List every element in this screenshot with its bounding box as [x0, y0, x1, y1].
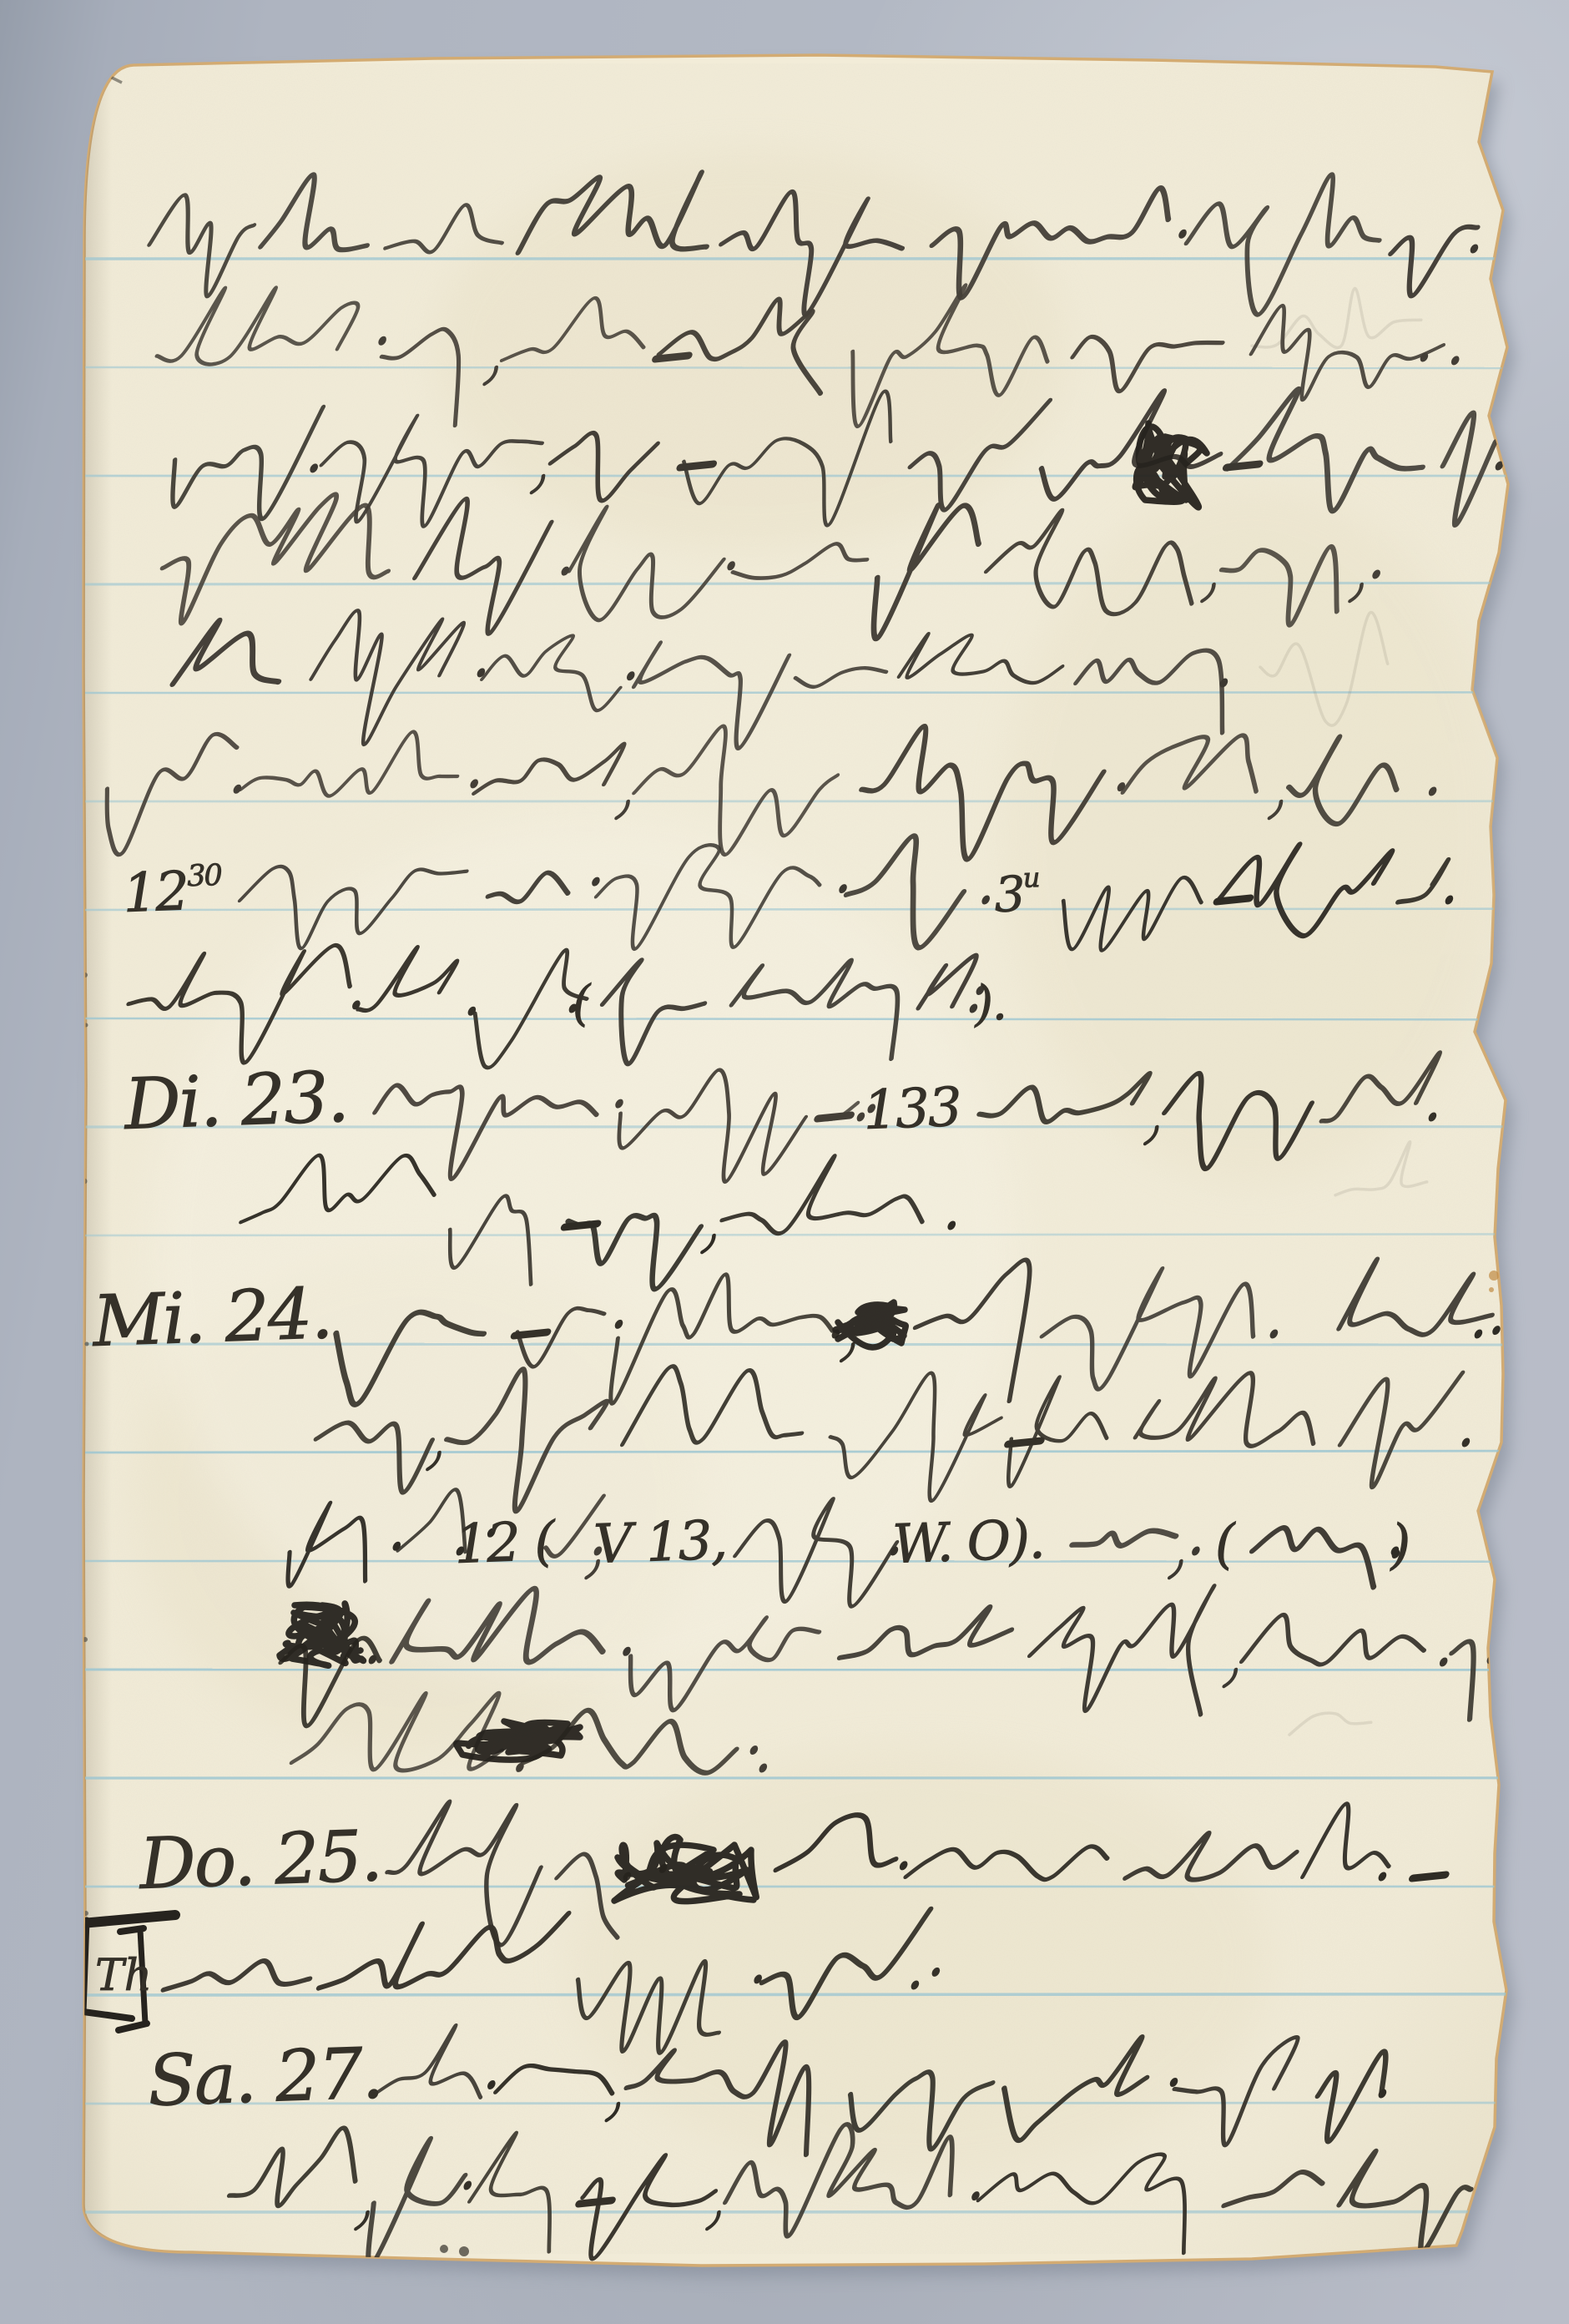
photo-background: 12303u().Di. 23.133Mi. 24.12 (V 13,W. O)… — [0, 0, 1569, 2324]
rule-line — [85, 1234, 1512, 1235]
legible-token: Do. 25. — [136, 1815, 382, 1905]
edge-speck — [459, 2246, 469, 2256]
rule-line — [85, 692, 1512, 693]
legible-token: 12 ( — [453, 1511, 557, 1576]
legible-token: W. O). — [891, 1509, 1045, 1576]
legible-token: V 13, — [593, 1510, 727, 1576]
edge-speck — [85, 1342, 89, 1346]
rule-line — [85, 1561, 1512, 1562]
rule-line — [85, 1994, 1512, 1995]
rule-line — [85, 583, 1512, 584]
paper-surface: 12303u().Di. 23.133Mi. 24.12 (V 13,W. O)… — [82, 63, 1526, 2266]
legible-token: Di. 23. — [121, 1056, 348, 1145]
ink-dot — [1486, 2183, 1496, 2192]
edge-speck — [1489, 1287, 1494, 1292]
rule-line — [85, 1451, 1512, 1452]
ink-dash — [579, 2200, 612, 2204]
legible-token: 133 — [862, 1077, 961, 1142]
margin-annotation-label: Th — [95, 1951, 152, 2001]
ink-dash — [656, 356, 689, 359]
ink-dash — [1413, 1875, 1445, 1878]
legible-token: Sa. 27. — [146, 2032, 383, 2122]
legible-token: Mi. 24. — [89, 1272, 332, 1362]
legible-token: ). — [971, 974, 1006, 1032]
edge-speck — [1489, 1271, 1499, 1281]
manuscript-page-photo: 12303u().Di. 23.133Mi. 24.12 (V 13,W. O)… — [0, 0, 1569, 2324]
legible-token: ) — [1387, 1513, 1410, 1576]
edge-speck — [440, 2245, 448, 2253]
rule-line — [85, 1018, 1512, 1019]
rule-line — [85, 909, 1512, 910]
rule-line — [85, 367, 1512, 368]
